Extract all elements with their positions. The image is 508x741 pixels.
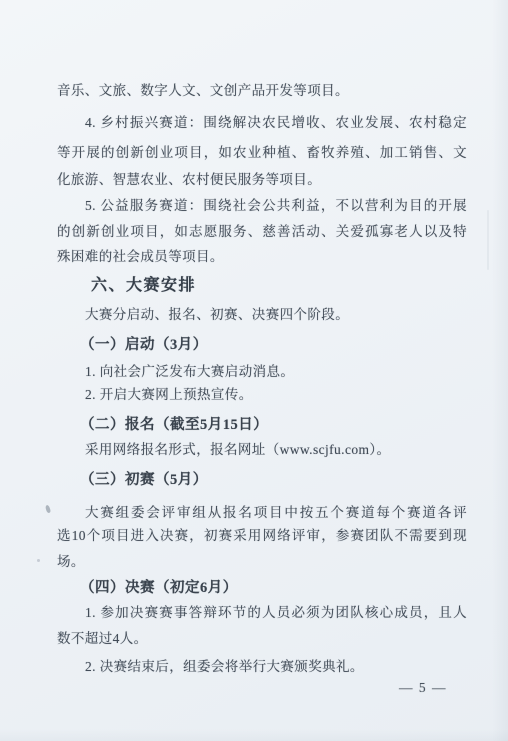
page-number: — 5 —	[399, 680, 447, 696]
ink-speck	[45, 505, 51, 514]
ink-speck	[37, 559, 40, 562]
body-text-line: 等开展的创新创业项目，如农业种植、畜牧养殖、加工销售、文	[57, 142, 467, 163]
subsection-heading: （三）初赛（5月）	[80, 470, 208, 491]
body-text-line: 的创新创业项目，如志愿服务、慈善活动、关爱孤寡老人以及特	[57, 221, 467, 242]
body-text-line: 采用网络报名形式，报名网址（www.scjfu.com）。	[85, 439, 467, 460]
body-text-line: 5. 公益服务赛道：围绕社会公共利益，不以营利为目的开展	[85, 195, 467, 216]
subsection-heading: （四）决赛（初定6月）	[80, 578, 238, 599]
subsection-heading: （一）启动（3月）	[80, 335, 208, 356]
subsection-heading: （二）报名（截至5月15日）	[80, 415, 268, 436]
body-text-line: 化旅游、智慧农业、农村便民服务等项目。	[57, 169, 467, 190]
document-page: 音乐、文旅、数字人文、文创产品开发等项目。4. 乡村振兴赛道：围绕解决农民增收、…	[0, 0, 508, 741]
body-text-line: 音乐、文旅、数字人文、文创产品开发等项目。	[57, 80, 467, 101]
body-text-line: 场。	[57, 551, 467, 572]
body-text-line: 选10个项目进入决赛，初赛采用网络评审，参赛团队不需要到现	[57, 525, 467, 546]
body-text-line: 1. 参加决赛赛事答辩环节的人员必须为团队核心成员，且人	[85, 602, 467, 623]
body-text-line: 殊困难的社会成员等项目。	[57, 246, 467, 267]
scan-edge-shadow	[492, 0, 508, 741]
body-text-line: 2. 开启大赛网上预热宣传。	[85, 384, 467, 405]
body-text-line: 大赛组委会评审组从报名项目中按五个赛道每个赛道各评	[85, 502, 467, 523]
scan-edge-shadow	[0, 729, 508, 741]
body-text-line: 数不超过4人。	[57, 628, 467, 649]
body-text-line: 2. 决赛结束后，组委会将举行大赛颁奖典礼。	[85, 656, 467, 677]
scan-streak	[487, 210, 489, 270]
body-text-line: 大赛分启动、报名、初赛、决赛四个阶段。	[85, 304, 467, 325]
body-text-line: 4. 乡村振兴赛道：围绕解决农民增收、农业发展、农村稳定	[85, 112, 467, 133]
section-heading: 六、大赛安排	[91, 275, 196, 296]
body-text-line: 1. 向社会广泛发布大赛启动消息。	[85, 361, 467, 382]
